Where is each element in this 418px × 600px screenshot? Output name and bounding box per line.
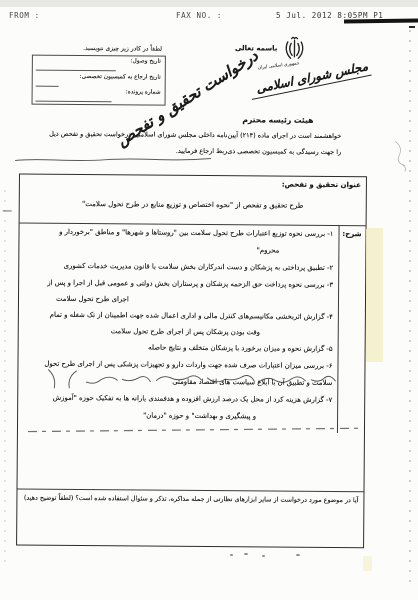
stamp-box-instruction: لطفاً در کادر زیر چیزی ننویسید.	[83, 45, 162, 53]
desc-line: وقت بودن پزشکان پس از اجرای طرح تحول سلا…	[111, 327, 260, 336]
desc-line: ۲- تطبیق پرداختی به پزشکان و دست اندرکار…	[64, 262, 334, 272]
desc-line: ۱- بررسی نحوه توزیع اعتبارات طرح تحول سل…	[59, 228, 333, 238]
box-divider-top	[20, 223, 366, 227]
yellow-highlight-spot	[363, 556, 372, 571]
scanned-document: باسمه تعالی جمهوری اسلامی ایران مجلس شور…	[0, 0, 418, 600]
scan-speck	[262, 555, 265, 557]
scan-speck	[296, 554, 300, 556]
question-text: آیا در موضوع مورد درخواست از سایر ابزاره…	[24, 494, 359, 505]
desc-line: ۵- گزارش نحوه و میزان برخورد با پزشکان م…	[148, 344, 333, 353]
desc-line: ۴- گزارش اثربخشی مکانیسم‌های کنترل مالی …	[50, 311, 333, 321]
desc-line: محروم"	[257, 246, 280, 254]
box-divider-question	[18, 489, 364, 493]
desc-column-divider	[337, 225, 340, 433]
handwritten-underline	[14, 153, 212, 165]
desc-label: شرح:	[342, 230, 361, 238]
field-label-receipt-date: تاریخ وصول:	[131, 58, 161, 64]
field-blank-receipt-date	[36, 70, 116, 72]
binding-dots-right	[409, 30, 411, 590]
bismillah-text: باسمه تعالی	[235, 44, 277, 52]
desc-line: اجرای طرح تحول سلامت	[56, 295, 129, 304]
box-title-label: عنوان تحقیق و تفحص:	[282, 181, 361, 190]
handwritten-annotation	[32, 367, 338, 393]
scan-speck	[244, 553, 248, 555]
field-label-file-number: شماره پرونده:	[126, 89, 161, 95]
yellow-highlight-band	[366, 228, 383, 362]
field-label-referral-date: تاریخ ارجاع به کمیسیون تخصصی:	[80, 74, 161, 81]
binding-dots-left	[4, 190, 6, 570]
main-box: عنوان تحقیق و تفحص: طرح تحقیق و تفحص از …	[16, 174, 367, 549]
desc-line: و پیشگیری و بهداشت" و حوزه "درمان"	[143, 411, 256, 420]
desc-line: ۳- بررسی نحوه پرداخت حق الزحمه پزشکان و …	[47, 279, 333, 289]
field-blank-file-number	[36, 101, 112, 103]
iran-emblem-icon	[283, 36, 306, 63]
dashed-separator	[28, 423, 364, 438]
scan-speck	[230, 554, 233, 556]
box-title-value: طرح تحقیق و تفحص از "نحوه اختصاص و توزیع…	[20, 200, 366, 211]
field-blank-referral-date	[36, 86, 59, 87]
stamp-box: تاریخ وصول: تاریخ ارجاع به کمیسیون تخصصی…	[32, 55, 166, 106]
republic-small-text: جمهوری اسلامی ایران	[258, 61, 300, 71]
desc-line: ۷- گزارش هزینه کرد از محل یک درصد ارزش ا…	[53, 394, 332, 404]
salutation-heading: هیئت رئیسه محترم	[242, 115, 313, 125]
margin-pencil-squiggle	[389, 139, 411, 173]
fax-page: FROM : FAX NO. : 5 Jul. 2012 8:05PM P1 ب…	[0, 0, 418, 600]
request-paragraph-line1: خواهشمند است در اجرای ماده (۲۱۴) آیین‌نا…	[49, 130, 341, 140]
